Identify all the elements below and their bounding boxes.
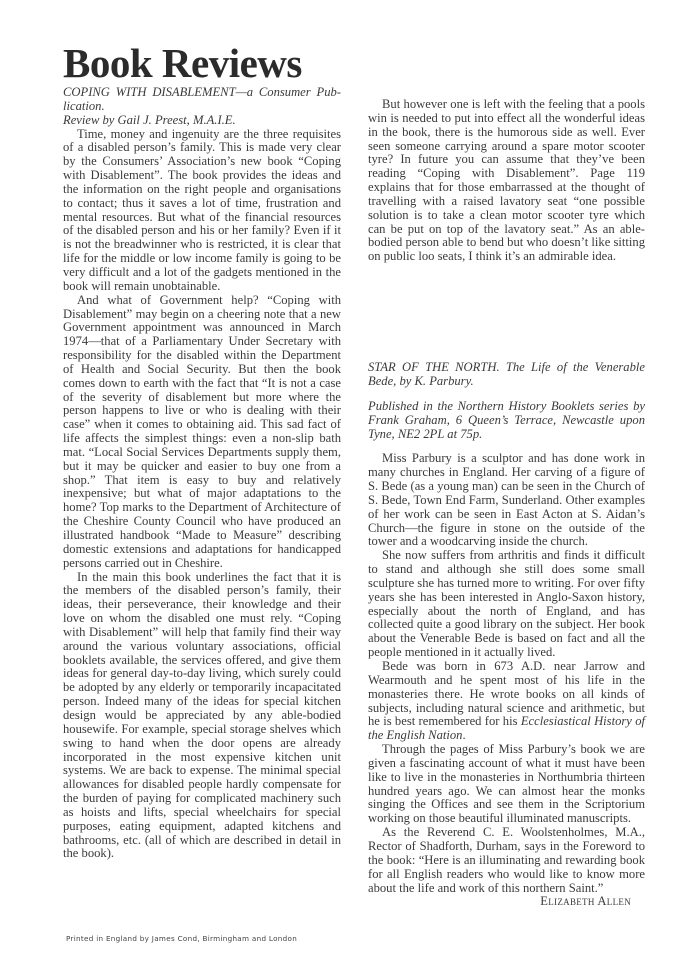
printer-footer: Printed in England by James Cond, Birmin…	[66, 934, 297, 943]
right-column: But however one is left with the feeling…	[368, 87, 645, 909]
review2-paragraph-4: Through the pages of Miss Parbury’s book…	[368, 743, 645, 826]
review2-heading: STAR OF THE NORTH. The Life of the Vener…	[368, 361, 645, 389]
review2-paragraph-5: As the Reverend C. E. Woolstenholmes, M.…	[368, 826, 645, 895]
review2-paragraph-3-end: .	[462, 728, 465, 742]
review1-paragraph-4: But however one is left with the feeling…	[368, 98, 645, 264]
review1-paragraph-2: And what of Government help? “Coping wit…	[63, 294, 341, 571]
review1-paragraph-1: Time, money and ingenuity are the three …	[63, 128, 341, 294]
review2-paragraph-3: Bede was born in 673 A.D. near Jarrow an…	[368, 660, 645, 743]
review1-byline: Review by Gail J. Preest, M.A.I.E.	[63, 114, 341, 128]
review2-paragraph-1: Miss Parbury is a sculptor and has done …	[368, 452, 645, 549]
review2-publication-info: Published in the Northern History Bookle…	[368, 400, 645, 442]
left-column: COPING WITH DISABLEMENT—a Consumer Pub­l…	[63, 86, 341, 861]
reviewer-signature: Elizabeth Allen	[368, 895, 645, 909]
review1-heading: COPING WITH DISABLEMENT—a Consumer Pub­l…	[63, 86, 341, 114]
review1-paragraph-3: In the main this book underlines the fac…	[63, 571, 341, 862]
review2-paragraph-2: She now suffers from arthritis and finds…	[368, 549, 645, 660]
page-title: Book Reviews	[63, 40, 302, 86]
